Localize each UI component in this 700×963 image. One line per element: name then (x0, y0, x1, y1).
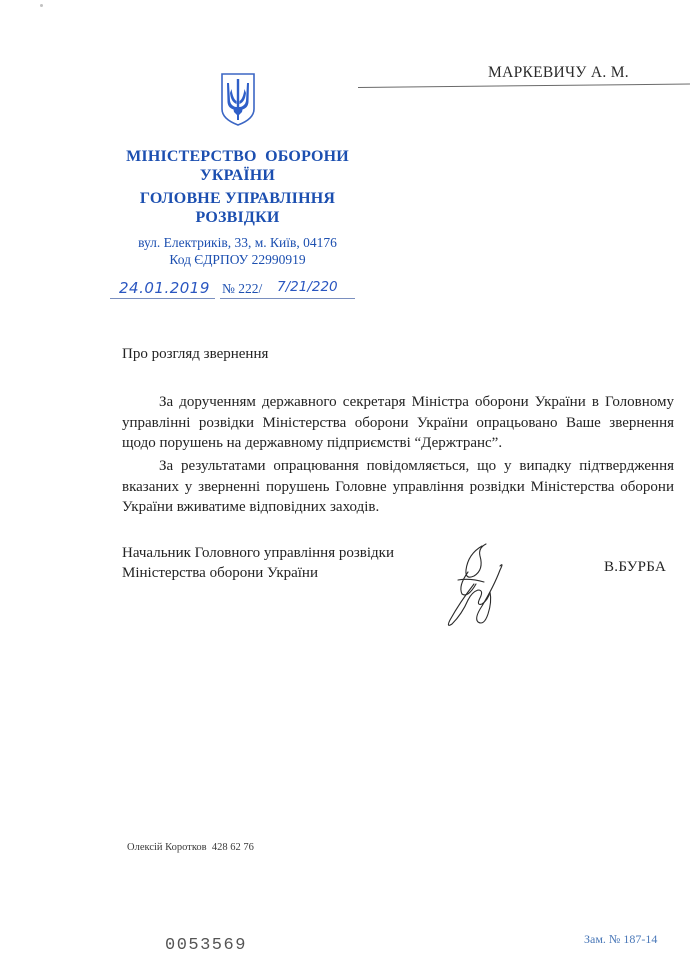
organization-line-1: МІНІСТЕРСТВО ОБОРОНИ (95, 147, 380, 166)
letterhead-department: ГОЛОВНЕ УПРАВЛІННЯ РОЗВІДКИ (95, 189, 380, 227)
letterhead-organization: МІНІСТЕРСТВО ОБОРОНИ УКРАЇНИ (95, 147, 380, 185)
date-underline (110, 298, 215, 299)
coat-of-arms-icon (219, 71, 257, 127)
department-line-1: ГОЛОВНЕ УПРАВЛІННЯ (95, 189, 380, 208)
registration-number-label: № 222/ (222, 281, 262, 297)
handwritten-signature-icon (438, 540, 520, 630)
print-order-number: Зам. № 187-14 (584, 932, 657, 947)
body-paragraph-2: За результатами опрацювання повідомляєть… (122, 456, 674, 518)
organization-line-2: УКРАЇНИ (95, 166, 380, 185)
executor-contact: Олексій Коротков 428 62 76 (127, 842, 254, 853)
signatory-title-line-2: Міністерства оборони України (122, 563, 394, 583)
letterhead-address: вул. Електриків, 33, м. Київ, 04176 (95, 234, 380, 251)
department-line-2: РОЗВІДКИ (95, 208, 380, 227)
registration-number-handwritten: 7/21/220 (277, 279, 338, 295)
number-underline (220, 298, 355, 299)
registration-date: 24.01.2019 (119, 279, 210, 297)
form-serial-number: 0053569 (165, 936, 247, 955)
signatory-title-line-1: Начальник Головного управління розвідки (122, 543, 394, 563)
scan-speck (40, 4, 43, 7)
body-paragraph-1: За дорученням державного секретаря Мініс… (122, 392, 674, 454)
letterhead-edrpou: Код ЄДРПОУ 22990919 (95, 251, 380, 268)
subject-line: Про розгляд звернення (122, 346, 268, 363)
paragraph-text: За результатами опрацювання повідомляєть… (122, 456, 674, 518)
paragraph-text: За дорученням державного секретаря Мініс… (122, 392, 674, 454)
recipient-underline (358, 84, 690, 88)
recipient: МАРКЕВИЧУ А. М. (488, 64, 629, 82)
signatory-title: Начальник Головного управління розвідки … (122, 543, 394, 583)
signatory-name: В.БУРБА (604, 559, 666, 576)
